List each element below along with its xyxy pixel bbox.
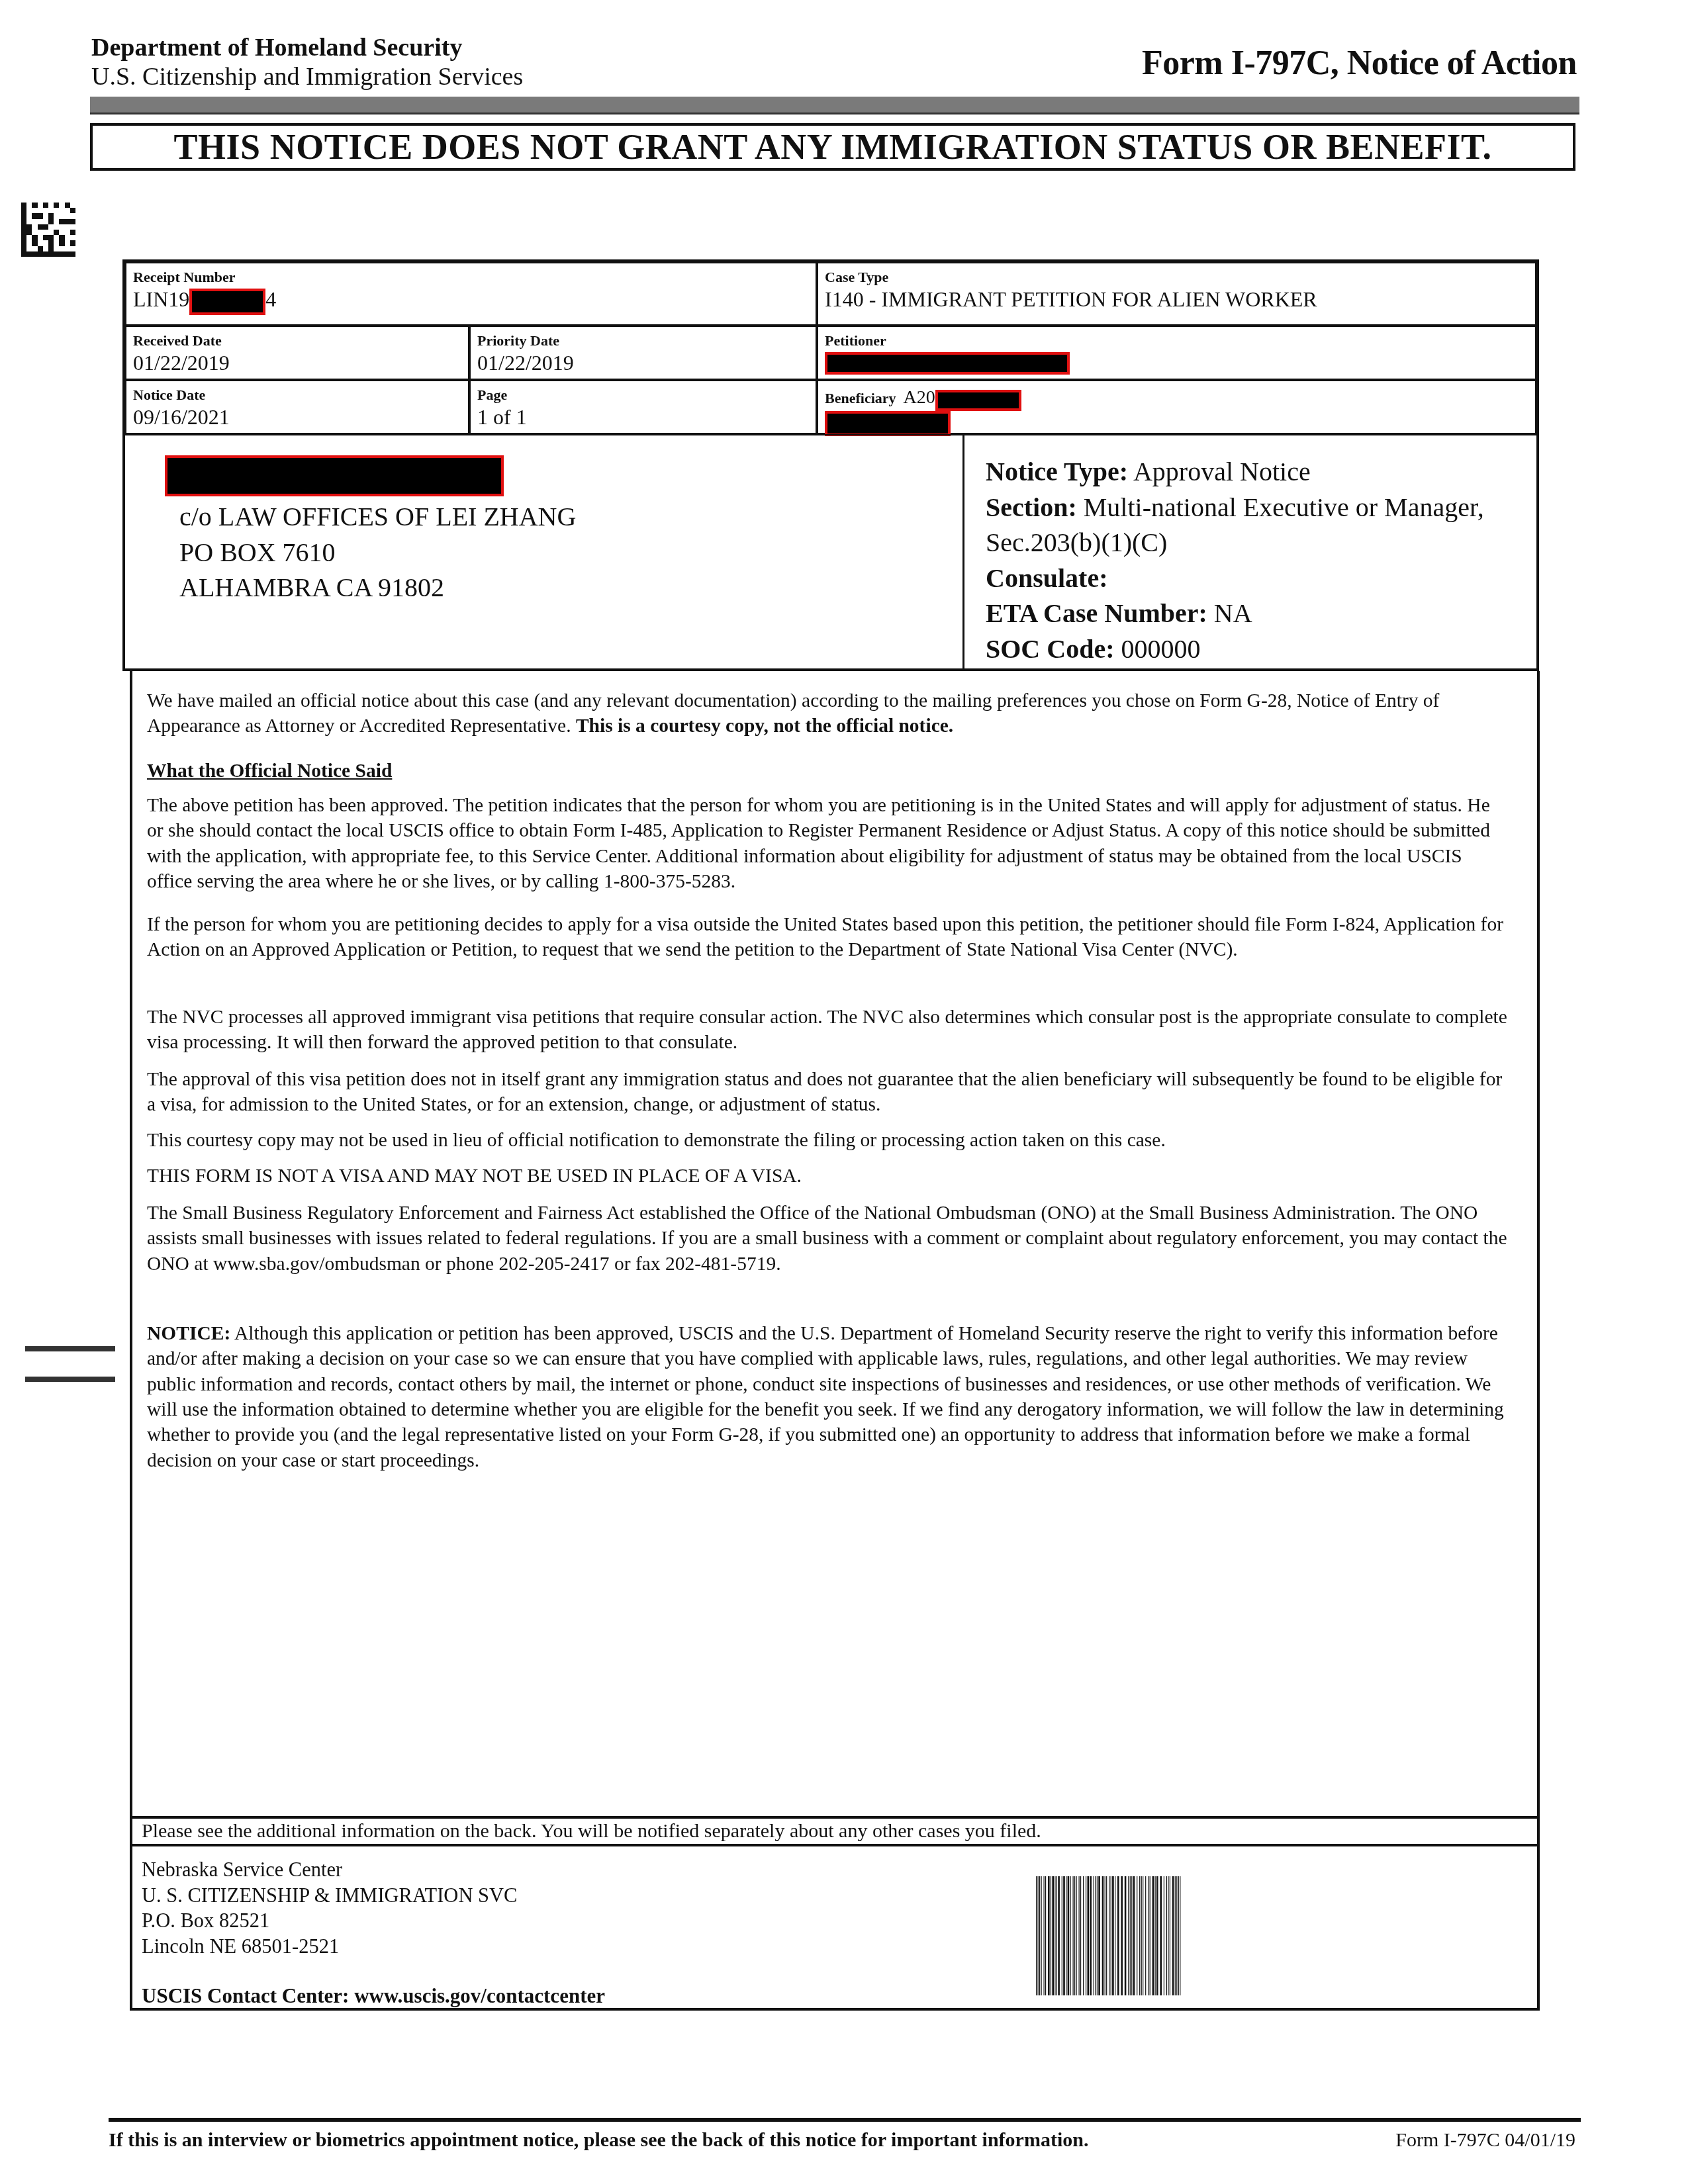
agency-name: Department of Homeland Security bbox=[91, 34, 462, 62]
subagency-name: U.S. Citizenship and Immigration Service… bbox=[91, 64, 523, 91]
footer-rule bbox=[109, 2118, 1581, 2122]
receipt-number-cell: Receipt Number LIN194 bbox=[125, 262, 817, 326]
beneficiary-cell: Beneficiary A20 bbox=[817, 380, 1536, 434]
page-cell: Page 1 of 1 bbox=[469, 380, 817, 434]
see-back-note: Please see the additional information on… bbox=[130, 1816, 1540, 1846]
eta-case-number: ETA Case Number: NA bbox=[986, 596, 1536, 631]
section: Section: Multi-national Executive or Man… bbox=[986, 490, 1536, 525]
notice-date-label: Notice Date bbox=[133, 387, 461, 404]
redaction-box bbox=[825, 411, 951, 436]
priority-date-label: Priority Date bbox=[477, 332, 809, 349]
paragraph-no-status: The approval of this visa petition does … bbox=[147, 1067, 1511, 1118]
petitioner-label: Petitioner bbox=[825, 332, 1528, 349]
notice-date-cell: Notice Date 09/16/2021 bbox=[125, 380, 469, 434]
paragraph-ono: The Small Business Regulatory Enforcemen… bbox=[147, 1201, 1511, 1277]
datamatrix-barcode-icon bbox=[21, 203, 75, 257]
received-date-label: Received Date bbox=[133, 332, 461, 349]
soc-code: SOC Code: 000000 bbox=[986, 631, 1536, 667]
status-warning-text: THIS NOTICE DOES NOT GRANT ANY IMMIGRATI… bbox=[174, 126, 1492, 167]
redaction-box bbox=[189, 289, 265, 315]
form-title: Form I-797C, Notice of Action bbox=[1142, 44, 1577, 83]
case-type-label: Case Type bbox=[825, 269, 1528, 286]
service-center-line-2: U. S. CITIZENSHIP & IMMIGRATION SVC bbox=[142, 1883, 517, 1909]
receipt-number-value: LIN194 bbox=[133, 286, 809, 315]
beneficiary-label: Beneficiary A20 bbox=[825, 390, 935, 406]
contact-center-link[interactable]: USCIS Contact Center: www.uscis.gov/cont… bbox=[142, 1984, 605, 2008]
intro-paragraph: We have mailed an official notice about … bbox=[147, 688, 1511, 739]
header-bar bbox=[90, 97, 1579, 114]
mailing-address-cell: c/o LAW OFFICES OF LEI ZHANG PO BOX 7610… bbox=[125, 434, 962, 668]
redaction-box bbox=[825, 352, 1070, 375]
priority-date-value: 01/22/2019 bbox=[477, 349, 809, 377]
priority-date-cell: Priority Date 01/22/2019 bbox=[469, 326, 817, 380]
service-center-line-1: Nebraska Service Center bbox=[142, 1857, 517, 1883]
margin-mark bbox=[25, 1377, 115, 1382]
address-line-2: PO BOX 7610 bbox=[179, 535, 962, 570]
paragraph-notice: NOTICE: Although this application or pet… bbox=[147, 1321, 1511, 1473]
service-center-line-4: Lincoln NE 68501-2521 bbox=[142, 1934, 517, 1960]
redaction-box bbox=[935, 390, 1021, 411]
case-info-grid: Receipt Number LIN194 Case Type I140 - I… bbox=[122, 259, 1539, 671]
paragraph-nvc: The NVC processes all approved immigrant… bbox=[147, 1005, 1511, 1056]
margin-mark bbox=[25, 1346, 115, 1351]
petitioner-cell: Petitioner bbox=[817, 326, 1536, 380]
service-center-box: Nebraska Service Center U. S. CITIZENSHI… bbox=[130, 1846, 1540, 2011]
case-type-value: I140 - IMMIGRANT PETITION FOR ALIEN WORK… bbox=[825, 286, 1528, 314]
notice-body: We have mailed an official notice about … bbox=[130, 671, 1540, 1823]
notice-date-value: 09/16/2021 bbox=[133, 404, 461, 432]
address-line-1: c/o LAW OFFICES OF LEI ZHANG bbox=[179, 499, 962, 535]
form-edition: Form I-797C 04/01/19 bbox=[1395, 2129, 1575, 2152]
page-value: 1 of 1 bbox=[477, 404, 809, 432]
redaction-box bbox=[165, 455, 504, 496]
paragraph-approval: The above petition has been approved. Th… bbox=[147, 793, 1511, 894]
consulate: Consulate: bbox=[986, 561, 1536, 596]
status-warning-banner: THIS NOTICE DOES NOT GRANT ANY IMMIGRATI… bbox=[90, 123, 1575, 171]
notice-type: Notice Type: Approval Notice bbox=[986, 454, 1536, 490]
service-center-line-3: P.O. Box 82521 bbox=[142, 1908, 517, 1934]
paragraph-visa-outside-us: If the person for whom you are petitioni… bbox=[147, 912, 1511, 963]
case-type-cell: Case Type I140 - IMMIGRANT PETITION FOR … bbox=[817, 262, 1536, 326]
page-label: Page bbox=[477, 387, 809, 404]
address-line-3: ALHAMBRA CA 91802 bbox=[179, 570, 962, 606]
notice-info-cell: Notice Type: Approval Notice Section: Mu… bbox=[962, 434, 1536, 668]
section-heading: What the Official Notice Said bbox=[147, 758, 1511, 784]
paragraph-not-a-visa: THIS FORM IS NOT A VISA AND MAY NOT BE U… bbox=[147, 1163, 1511, 1189]
section-code: Sec.203(b)(1)(C) bbox=[986, 525, 1536, 561]
footer-note: If this is an interview or biometrics ap… bbox=[109, 2129, 1088, 2152]
paragraph-courtesy-copy: This courtesy copy may not be used in li… bbox=[147, 1128, 1511, 1153]
barcode-icon bbox=[1036, 1876, 1182, 1995]
received-date-value: 01/22/2019 bbox=[133, 349, 461, 377]
received-date-cell: Received Date 01/22/2019 bbox=[125, 326, 469, 380]
receipt-number-label: Receipt Number bbox=[133, 269, 809, 286]
